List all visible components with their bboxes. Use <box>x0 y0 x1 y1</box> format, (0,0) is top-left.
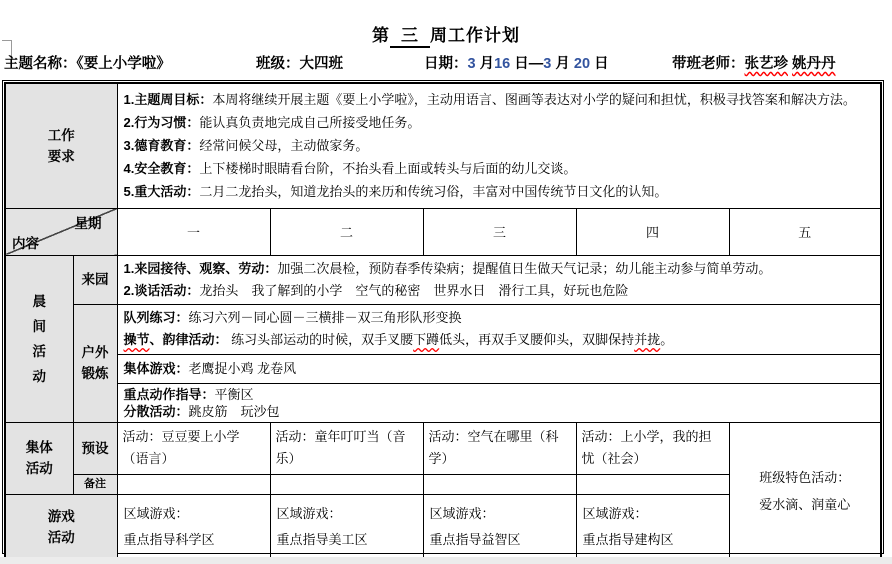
note-cell-wednesday <box>423 474 576 494</box>
title-suffix: 周工作计划 <box>430 26 520 45</box>
scatter-activity-line: 分散活动：跳皮筋 玩沙包 <box>124 403 875 420</box>
work-item: 1.主题周目标：本周将继续开展主题《要上小学啦》，主动用语言、图画等表达对小学的… <box>124 88 875 111</box>
arrival-cell: 1.来园接待、观察、劳动：加强二次晨检，预防春季传染病；提醒值日生做天气记录；幼… <box>117 255 881 304</box>
drill-rhythm-cell: 队列练习：练习六列－同心圆－三横排－双三角形队形变换 操节、韵律活动： 练习头部… <box>117 304 881 354</box>
guidance-cell: 重点动作指导：平衡区 分散活动：跳皮筋 玩沙包 <box>117 383 881 422</box>
preset-activity-monday: 活动：豆豆要上小学（语言） <box>117 422 270 474</box>
preset-activity-tuesday: 活动：童年叮叮当（音乐） <box>270 422 423 474</box>
work-item: 5.重大活动：二月二龙抬头，知道龙抬头的来历和传统习俗，丰富对中国传统节日文化的… <box>124 180 875 203</box>
date-range: 日期：3 月16 日—3 月 20 日 <box>424 52 609 73</box>
area-game-wednesday: 区域游戏： 重点指导益智区 <box>423 494 576 560</box>
key-guidance-line: 重点动作指导：平衡区 <box>124 386 875 403</box>
teacher-names: 带班老师：张艺珍 姚丹丹 <box>672 52 836 73</box>
day-header-thursday: 四 <box>576 208 729 255</box>
day-header-monday: 一 <box>117 208 270 255</box>
week-content-corner-cell: 星期 内容 <box>5 208 117 255</box>
area-game-thursday: 区域游戏： 重点指导建构区 <box>576 494 729 560</box>
day-header-friday: 五 <box>729 208 881 255</box>
work-requirements-cell: 1.主题周目标：本周将继续开展主题《要上小学啦》，主动用语言、图画等表达对小学的… <box>117 83 881 208</box>
group-game-line: 集体游戏：老鹰捉小鸡 龙卷风 <box>124 358 875 380</box>
corner-week-label: 星期 <box>75 212 102 232</box>
weekly-plan-table: 工作 要求 1.主题周目标：本周将继续开展主题《要上小学啦》，主动用语言、图画等… <box>2 80 884 554</box>
note-cell-thursday <box>576 474 729 494</box>
group-game-cell: 集体游戏：老鹰捉小鸡 龙卷风 <box>117 354 881 383</box>
class-name: 班级：大四班 <box>256 52 343 73</box>
collective-activity-label: 集体 活动 <box>5 422 73 494</box>
preset-activity-thursday: 活动：上小学，我的担忧（社会） <box>576 422 729 474</box>
area-game-tuesday: 区域游戏： 重点指导美工区 <box>270 494 423 560</box>
work-item: 2.行为习惯：能认真负责地完成自己所接受地任务。 <box>124 111 875 134</box>
arrival-label: 来园 <box>73 255 117 304</box>
day-header-tuesday: 二 <box>270 208 423 255</box>
game-activity-label: 游戏 活动 <box>5 494 117 560</box>
page-title: 第三周工作计划 <box>0 21 892 48</box>
note-cell-monday <box>117 474 270 494</box>
arrival-item: 1.来园接待、观察、劳动：加强二次晨检，预防春季传染病；提醒值日生做天气记录；幼… <box>124 258 875 280</box>
rhythm-line: 操节、韵律活动： 练习头部运动的时候，双手叉腰下蹲低头，再双手叉腰仰头，双脚保持… <box>124 329 875 351</box>
preset-label: 预设 <box>73 422 117 474</box>
work-requirements-label: 工作 要求 <box>5 83 117 208</box>
title-week-number: 三 <box>390 21 430 48</box>
page-bottom-edge <box>0 557 892 564</box>
work-item: 3.德育教育：经常问候父母，主动做家务。 <box>124 134 875 157</box>
drill-line: 队列练习：练习六列－同心圆－三横排－双三角形队形变换 <box>124 307 875 329</box>
class-special-activity-cell: 班级特色活动： 爱水滴、润童心 <box>729 422 881 560</box>
document-page: 第三周工作计划 主题名称：《要上小学啦》 班级：大四班 日期：3 月16 日—3… <box>0 0 892 564</box>
corner-content-label: 内容 <box>12 232 39 252</box>
note-cell-tuesday <box>270 474 423 494</box>
note-label: 备注 <box>73 474 117 494</box>
document-info-line: 主题名称：《要上小学啦》 班级：大四班 日期：3 月16 日—3 月 20 日 … <box>0 52 892 74</box>
area-game-monday: 区域游戏： 重点指导科学区 <box>117 494 270 560</box>
morning-activity-label: 晨 间 活 动 <box>5 255 73 422</box>
preset-activity-wednesday: 活动：空气在哪里（科学） <box>423 422 576 474</box>
arrival-item: 2.谈话活动：龙抬头 我了解到的小学 空气的秘密 世界水日 滑行工具，好玩也危险 <box>124 280 875 302</box>
work-item: 4.安全教育：上下楼梯时眼睛看台阶，不抬头看上面或转头与后面的幼儿交谈。 <box>124 157 875 180</box>
theme-name: 主题名称：《要上小学啦》 <box>4 52 171 73</box>
title-prefix: 第 <box>372 26 390 45</box>
day-header-wednesday: 三 <box>423 208 576 255</box>
outdoor-exercise-label: 户外 锻炼 <box>73 304 117 422</box>
